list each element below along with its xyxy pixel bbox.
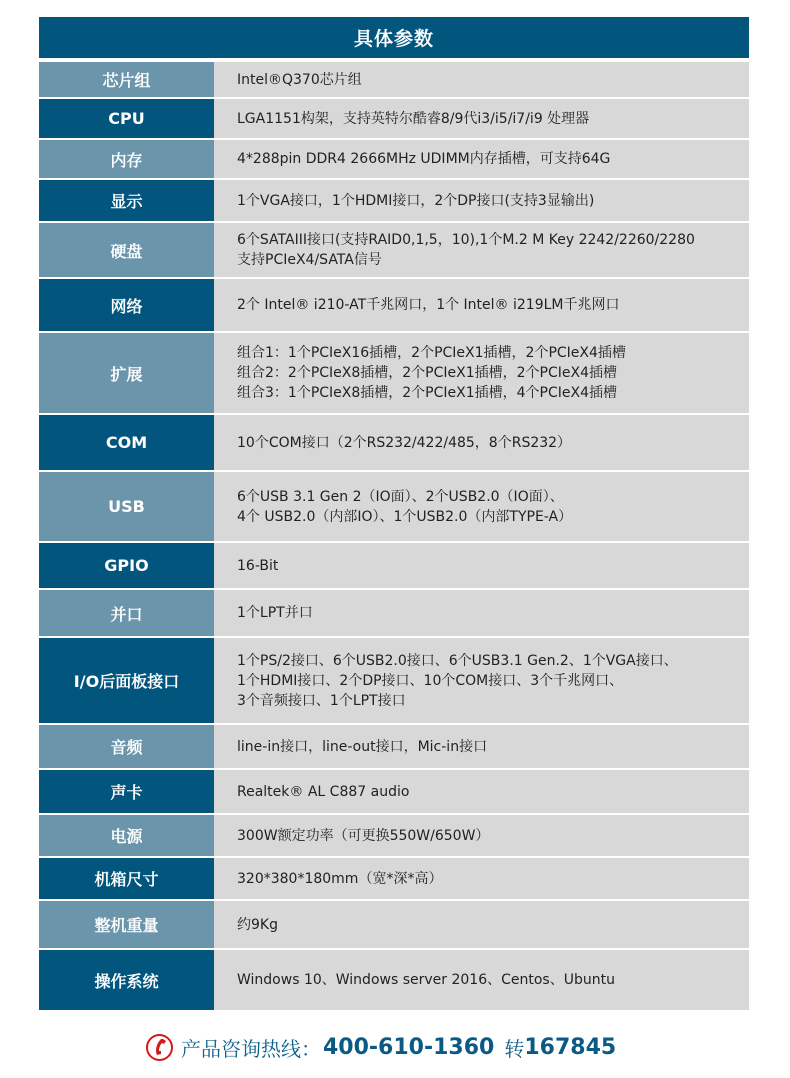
- spec-row-memory: 内存 4*288pin DDR4 2666MHz UDIMM内存插槽，可支持64…: [39, 140, 749, 178]
- row-label: 硬盘: [39, 223, 214, 277]
- spec-row-sound-card: 声卡 Realtek® AL C887 audio: [39, 770, 749, 813]
- spec-row-usb: USB 6个USB 3.1 Gen 2（IO面）、2个USB2.0（IO面）、 …: [39, 472, 749, 541]
- row-label: 音频: [39, 725, 214, 768]
- row-value: 320*380*180mm（宽*深*高）: [214, 858, 749, 899]
- row-value: line-in接口，line-out接口，Mic-in接口: [214, 725, 749, 768]
- value-line: line-in接口，line-out接口，Mic-in接口: [237, 737, 749, 757]
- spec-row-cpu: CPU LGA1151构架，支持英特尔酷睿8/9代i3/i5/i7/i9 处理器: [39, 99, 749, 138]
- extension-prefix: 转: [504, 1033, 524, 1062]
- row-value: Windows 10、Windows server 2016、Centos、Ub…: [214, 950, 749, 1010]
- row-value: 6个USB 3.1 Gen 2（IO面）、2个USB2.0（IO面）、 4个 U…: [214, 472, 749, 541]
- value-line: 6个SATAIII接口(支持RAID0,1,5，10),1个M.2 M Key …: [237, 230, 749, 250]
- row-value: 10个COM接口（2个RS232/422/485，8个RS232）: [214, 415, 749, 470]
- value-line: 1个HDMI接口、2个DP接口、10个COM接口、3个千兆网口、: [237, 671, 749, 691]
- value-line: 组合3：1个PCIeX8插槽，2个PCIeX1插槽，4个PCIeX4插槽: [237, 383, 749, 403]
- spec-row-os: 操作系统 Windows 10、Windows server 2016、Cent…: [39, 950, 749, 1010]
- spec-row-power: 电源 300W额定功率（可更换550W/650W）: [39, 815, 749, 856]
- row-label: 整机重量: [39, 901, 214, 948]
- row-label: 操作系统: [39, 950, 214, 1010]
- extension-number: 167845: [524, 1035, 616, 1060]
- value-line: 3个音频接口、1个LPT接口: [237, 691, 749, 711]
- value-line: 320*380*180mm（宽*深*高）: [237, 869, 749, 889]
- value-line: 支持PCIeX4/SATA信号: [237, 250, 749, 270]
- hotline-label: 产品咨询热线：: [181, 1033, 321, 1062]
- value-line: 2个 Intel® i210-AT千兆网口，1个 Intel® i219LM千兆…: [237, 295, 749, 315]
- row-value: 1个PS/2接口、6个USB2.0接口、6个USB3.1 Gen.2、1个VGA…: [214, 638, 749, 723]
- value-line: 4个 USB2.0（内部IO）、1个USB2.0（内部TYPE-A）: [237, 507, 749, 527]
- phone-icon: [146, 1034, 173, 1061]
- value-line: 组合2：2个PCIeX8插槽，2个PCIeX1插槽，2个PCIeX4插槽: [237, 363, 749, 383]
- spec-row-chipset: 芯片组 Intel®Q370芯片组: [39, 62, 749, 97]
- row-label: GPIO: [39, 543, 214, 588]
- row-label: 扩展: [39, 333, 214, 413]
- spec-table-header: 具体参数: [39, 17, 749, 58]
- row-label: 内存: [39, 140, 214, 178]
- row-label: 并口: [39, 590, 214, 636]
- spec-row-com: COM 10个COM接口（2个RS232/422/485，8个RS232）: [39, 415, 749, 470]
- value-line: 组合1：1个PCIeX16插槽，2个PCIeX1插槽，2个PCIeX4插槽: [237, 343, 749, 363]
- page-title: 具体参数: [354, 24, 434, 51]
- row-value: Intel®Q370芯片组: [214, 62, 749, 97]
- value-line: 约9Kg: [237, 915, 749, 935]
- value-line: LGA1151构架，支持英特尔酷睿8/9代i3/i5/i7/i9 处理器: [237, 109, 749, 129]
- row-value: 4*288pin DDR4 2666MHz UDIMM内存插槽，可支持64G: [214, 140, 749, 178]
- spec-row-weight: 整机重量 约9Kg: [39, 901, 749, 948]
- row-value: 300W额定功率（可更换550W/650W）: [214, 815, 749, 856]
- spec-row-audio: 音频 line-in接口，line-out接口，Mic-in接口: [39, 725, 749, 768]
- hotline-number[interactable]: 400-610-1360: [323, 1035, 494, 1060]
- row-value: 6个SATAIII接口(支持RAID0,1,5，10),1个M.2 M Key …: [214, 223, 749, 277]
- row-label: 机箱尺寸: [39, 858, 214, 899]
- row-value: LGA1151构架，支持英特尔酷睿8/9代i3/i5/i7/i9 处理器: [214, 99, 749, 138]
- spec-row-chassis-size: 机箱尺寸 320*380*180mm（宽*深*高）: [39, 858, 749, 899]
- row-label: 芯片组: [39, 62, 214, 97]
- row-value: 约9Kg: [214, 901, 749, 948]
- row-value: 16-Bit: [214, 543, 749, 588]
- value-line: 10个COM接口（2个RS232/422/485，8个RS232）: [237, 433, 749, 453]
- row-label: COM: [39, 415, 214, 470]
- value-line: 1个VGA接口，1个HDMI接口，2个DP接口(支持3显输出): [237, 191, 749, 211]
- row-label: USB: [39, 472, 214, 541]
- value-line: 1个PS/2接口、6个USB2.0接口、6个USB3.1 Gen.2、1个VGA…: [237, 651, 749, 671]
- row-value: 组合1：1个PCIeX16插槽，2个PCIeX1插槽，2个PCIeX4插槽 组合…: [214, 333, 749, 413]
- spec-row-expansion: 扩展 组合1：1个PCIeX16插槽，2个PCIeX1插槽，2个PCIeX4插槽…: [39, 333, 749, 413]
- spec-row-storage: 硬盘 6个SATAIII接口(支持RAID0,1,5，10),1个M.2 M K…: [39, 223, 749, 277]
- value-line: 6个USB 3.1 Gen 2（IO面）、2个USB2.0（IO面）、: [237, 487, 749, 507]
- spec-row-parallel: 并口 1个LPT并口: [39, 590, 749, 636]
- value-line: 16-Bit: [237, 556, 749, 576]
- value-line: Windows 10、Windows server 2016、Centos、Ub…: [237, 970, 749, 990]
- value-line: 1个LPT并口: [237, 603, 749, 623]
- row-label: 网络: [39, 279, 214, 331]
- row-label: 电源: [39, 815, 214, 856]
- row-value: 1个LPT并口: [214, 590, 749, 636]
- value-line: 4*288pin DDR4 2666MHz UDIMM内存插槽，可支持64G: [237, 149, 749, 169]
- row-value: Realtek® AL C887 audio: [214, 770, 749, 813]
- value-line: Intel®Q370芯片组: [237, 70, 749, 90]
- spec-row-network: 网络 2个 Intel® i210-AT千兆网口，1个 Intel® i219L…: [39, 279, 749, 331]
- row-value: 2个 Intel® i210-AT千兆网口，1个 Intel® i219LM千兆…: [214, 279, 749, 331]
- hotline-footer: 产品咨询热线： 400-610-1360 转 167845: [146, 1030, 616, 1064]
- row-label: CPU: [39, 99, 214, 138]
- spec-row-gpio: GPIO 16-Bit: [39, 543, 749, 588]
- row-label: 显示: [39, 180, 214, 221]
- row-label: 声卡: [39, 770, 214, 813]
- value-line: Realtek® AL C887 audio: [237, 782, 749, 802]
- spec-row-display: 显示 1个VGA接口，1个HDMI接口，2个DP接口(支持3显输出): [39, 180, 749, 221]
- row-value: 1个VGA接口，1个HDMI接口，2个DP接口(支持3显输出): [214, 180, 749, 221]
- spec-row-io-panel: I/O后面板接口 1个PS/2接口、6个USB2.0接口、6个USB3.1 Ge…: [39, 638, 749, 723]
- row-label: I/O后面板接口: [39, 638, 214, 723]
- value-line: 300W额定功率（可更换550W/650W）: [237, 826, 749, 846]
